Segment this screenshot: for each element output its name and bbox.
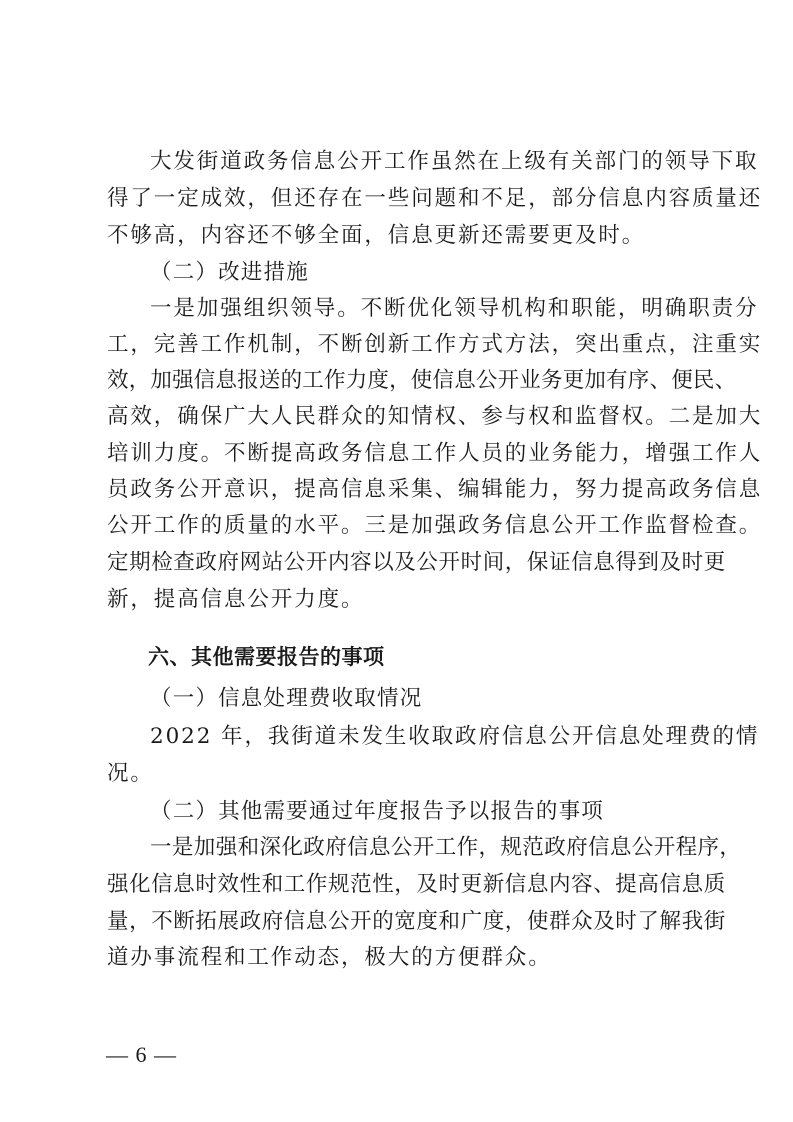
paragraph-other-line-1: 一是加强和深化政府信息公开工作，规范政府信息公开程序， (150, 835, 692, 861)
paragraph-problems-line-1: 大发街道政务信息公开工作虽然在上级有关部门的领导下取 (150, 149, 692, 175)
paragraph-other-line-3: 量，不断拓展政府信息公开的宽度和广度，使群众及时了解我街 (107, 909, 692, 935)
page-number: — 6 — (106, 1042, 177, 1068)
paragraph-improvements-line-6: 员政务公开意识，提高信息采集、编辑能力，努力提高政务信息 (107, 477, 692, 503)
paragraph-improvements-line-2: 工，完善工作机制，不断创新工作方式方法，突出重点，注重实 (107, 332, 692, 358)
paragraph-improvements-line-5: 培训力度。不断提高政务信息工作人员的业务能力，增强工作人 (107, 441, 692, 467)
paragraph-improvements-line-1: 一是加强组织领导。不断优化领导机构和职能，明确职责分 (150, 296, 692, 322)
subheading-other-report-items: （二）其他需要通过年度报告予以报告的事项 (150, 799, 735, 825)
paragraph-improvements-line-7: 公开工作的质量的水平。三是加强政务信息公开工作监督检查。 (107, 513, 692, 539)
paragraph-improvements-line-8: 定期检查政府网站公开内容以及公开时间，保证信息得到及时更 (107, 550, 692, 576)
paragraph-improvements-line-3: 效，加强信息报送的工作力度，使信息公开业务更加有序、便民、 (107, 368, 692, 394)
paragraph-fee-line-2: 况。 (107, 761, 692, 787)
subheading-improvements: （二）改进措施 (150, 260, 735, 286)
paragraph-fee-line-1: 2022 年，我街道未发生收取政府信息公开信息处理费的情 (150, 724, 692, 750)
paragraph-improvements-line-9: 新，提高信息公开力度。 (107, 587, 692, 613)
document-page: 大发街道政务信息公开工作虽然在上级有关部门的领导下取 得了一定成效，但还存在一些… (0, 0, 793, 1122)
paragraph-improvements-line-4: 高效，确保广大人民群众的知情权、参与权和监督权。二是加大 (107, 404, 692, 430)
section-heading-other-matters: 六、其他需要报告的事项 (148, 644, 385, 670)
subheading-fee-collection: （一）信息处理费收取情况 (150, 686, 735, 712)
paragraph-problems-line-3: 不够高，内容还不够全面，信息更新还需要更及时。 (107, 223, 692, 249)
paragraph-other-line-4: 道办事流程和工作动态，极大的方便群众。 (107, 945, 692, 971)
paragraph-other-line-2: 强化信息时效性和工作规范性，及时更新信息内容、提高信息质 (107, 872, 692, 898)
paragraph-problems-line-2: 得了一定成效，但还存在一些问题和不足，部分信息内容质量还 (107, 186, 692, 212)
